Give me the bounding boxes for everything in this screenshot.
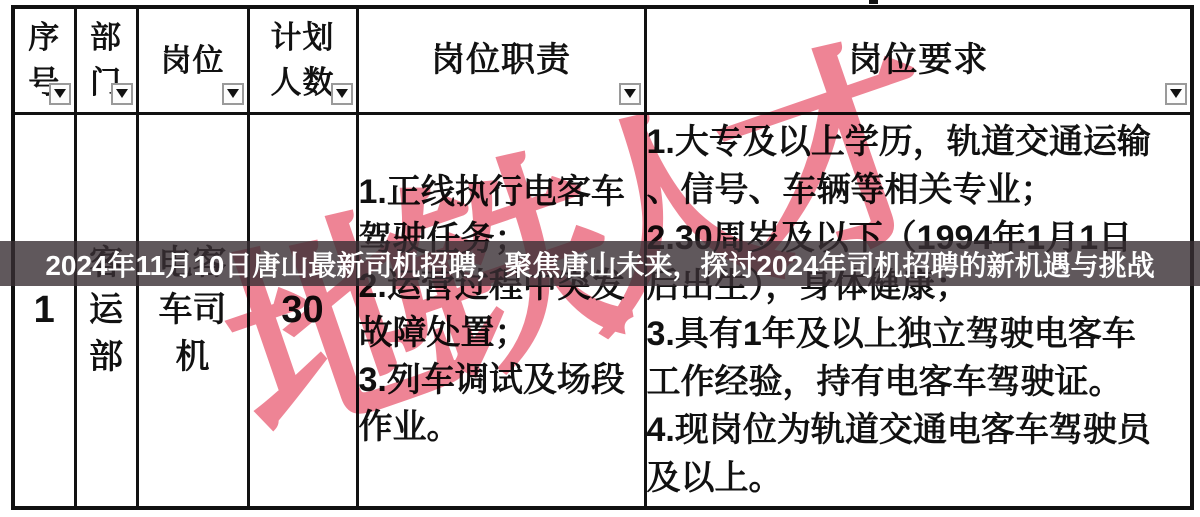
chevron-down-icon [227, 89, 239, 98]
col-header-position: 岗位 [137, 7, 248, 113]
crop-artifact-tick [869, 0, 878, 4]
filter-dropdown-icon[interactable] [49, 83, 71, 105]
chevron-down-icon [54, 89, 66, 98]
headline-text: 2024年11月10日唐山最新司机招聘，聚焦唐山未来，探讨2024年司机招聘的新… [45, 244, 1154, 284]
col-header-requirements-label: 岗位要求 [848, 38, 988, 83]
filter-dropdown-icon[interactable] [331, 83, 353, 105]
col-header-headcount-label: 计划 人数 [271, 15, 335, 105]
col-header-duties-label: 岗位职责 [431, 38, 571, 83]
col-header-position-label: 岗位 [161, 38, 225, 83]
col-header-headcount: 计划 人数 [248, 7, 357, 113]
cell-headcount: 30 [248, 113, 357, 508]
header-row: 序 号 部 门 岗位 计划 人数 岗位职责 [13, 7, 1192, 113]
headline-banner: 2024年11月10日唐山最新司机招聘，聚焦唐山未来，探讨2024年司机招聘的新… [0, 241, 1200, 286]
col-header-requirements: 岗位要求 [645, 7, 1192, 113]
filter-dropdown-icon[interactable] [619, 83, 641, 105]
filter-dropdown-icon[interactable] [111, 83, 133, 105]
filter-dropdown-icon[interactable] [222, 83, 244, 105]
cell-serial: 1 [13, 113, 75, 508]
chevron-down-icon [336, 89, 348, 98]
screenshot-root: 序 号 部 门 岗位 计划 人数 岗位职责 [0, 0, 1200, 517]
col-header-department: 部 门 [75, 7, 137, 113]
table-row: 1 客 运 部 电客 车司 机 30 1.正线执行电客车 驾驶任务； 2.运营过… [13, 113, 1192, 508]
col-header-serial: 序 号 [13, 7, 75, 113]
chevron-down-icon [1170, 89, 1182, 98]
cell-position: 电客 车司 机 [137, 113, 248, 508]
chevron-down-icon [116, 89, 128, 98]
chevron-down-icon [624, 89, 636, 98]
cell-requirements: 1.大专及以上学历，轨道交通运输 、信号、车辆等相关专业； 2.30周岁及以下（… [645, 113, 1192, 508]
cell-duties: 1.正线执行电客车 驾驶任务； 2.运营过程中突发 故障处置； 3.列车调试及场… [357, 113, 645, 508]
col-header-duties: 岗位职责 [357, 7, 645, 113]
cell-department: 客 运 部 [75, 113, 137, 508]
filter-dropdown-icon[interactable] [1165, 83, 1187, 105]
